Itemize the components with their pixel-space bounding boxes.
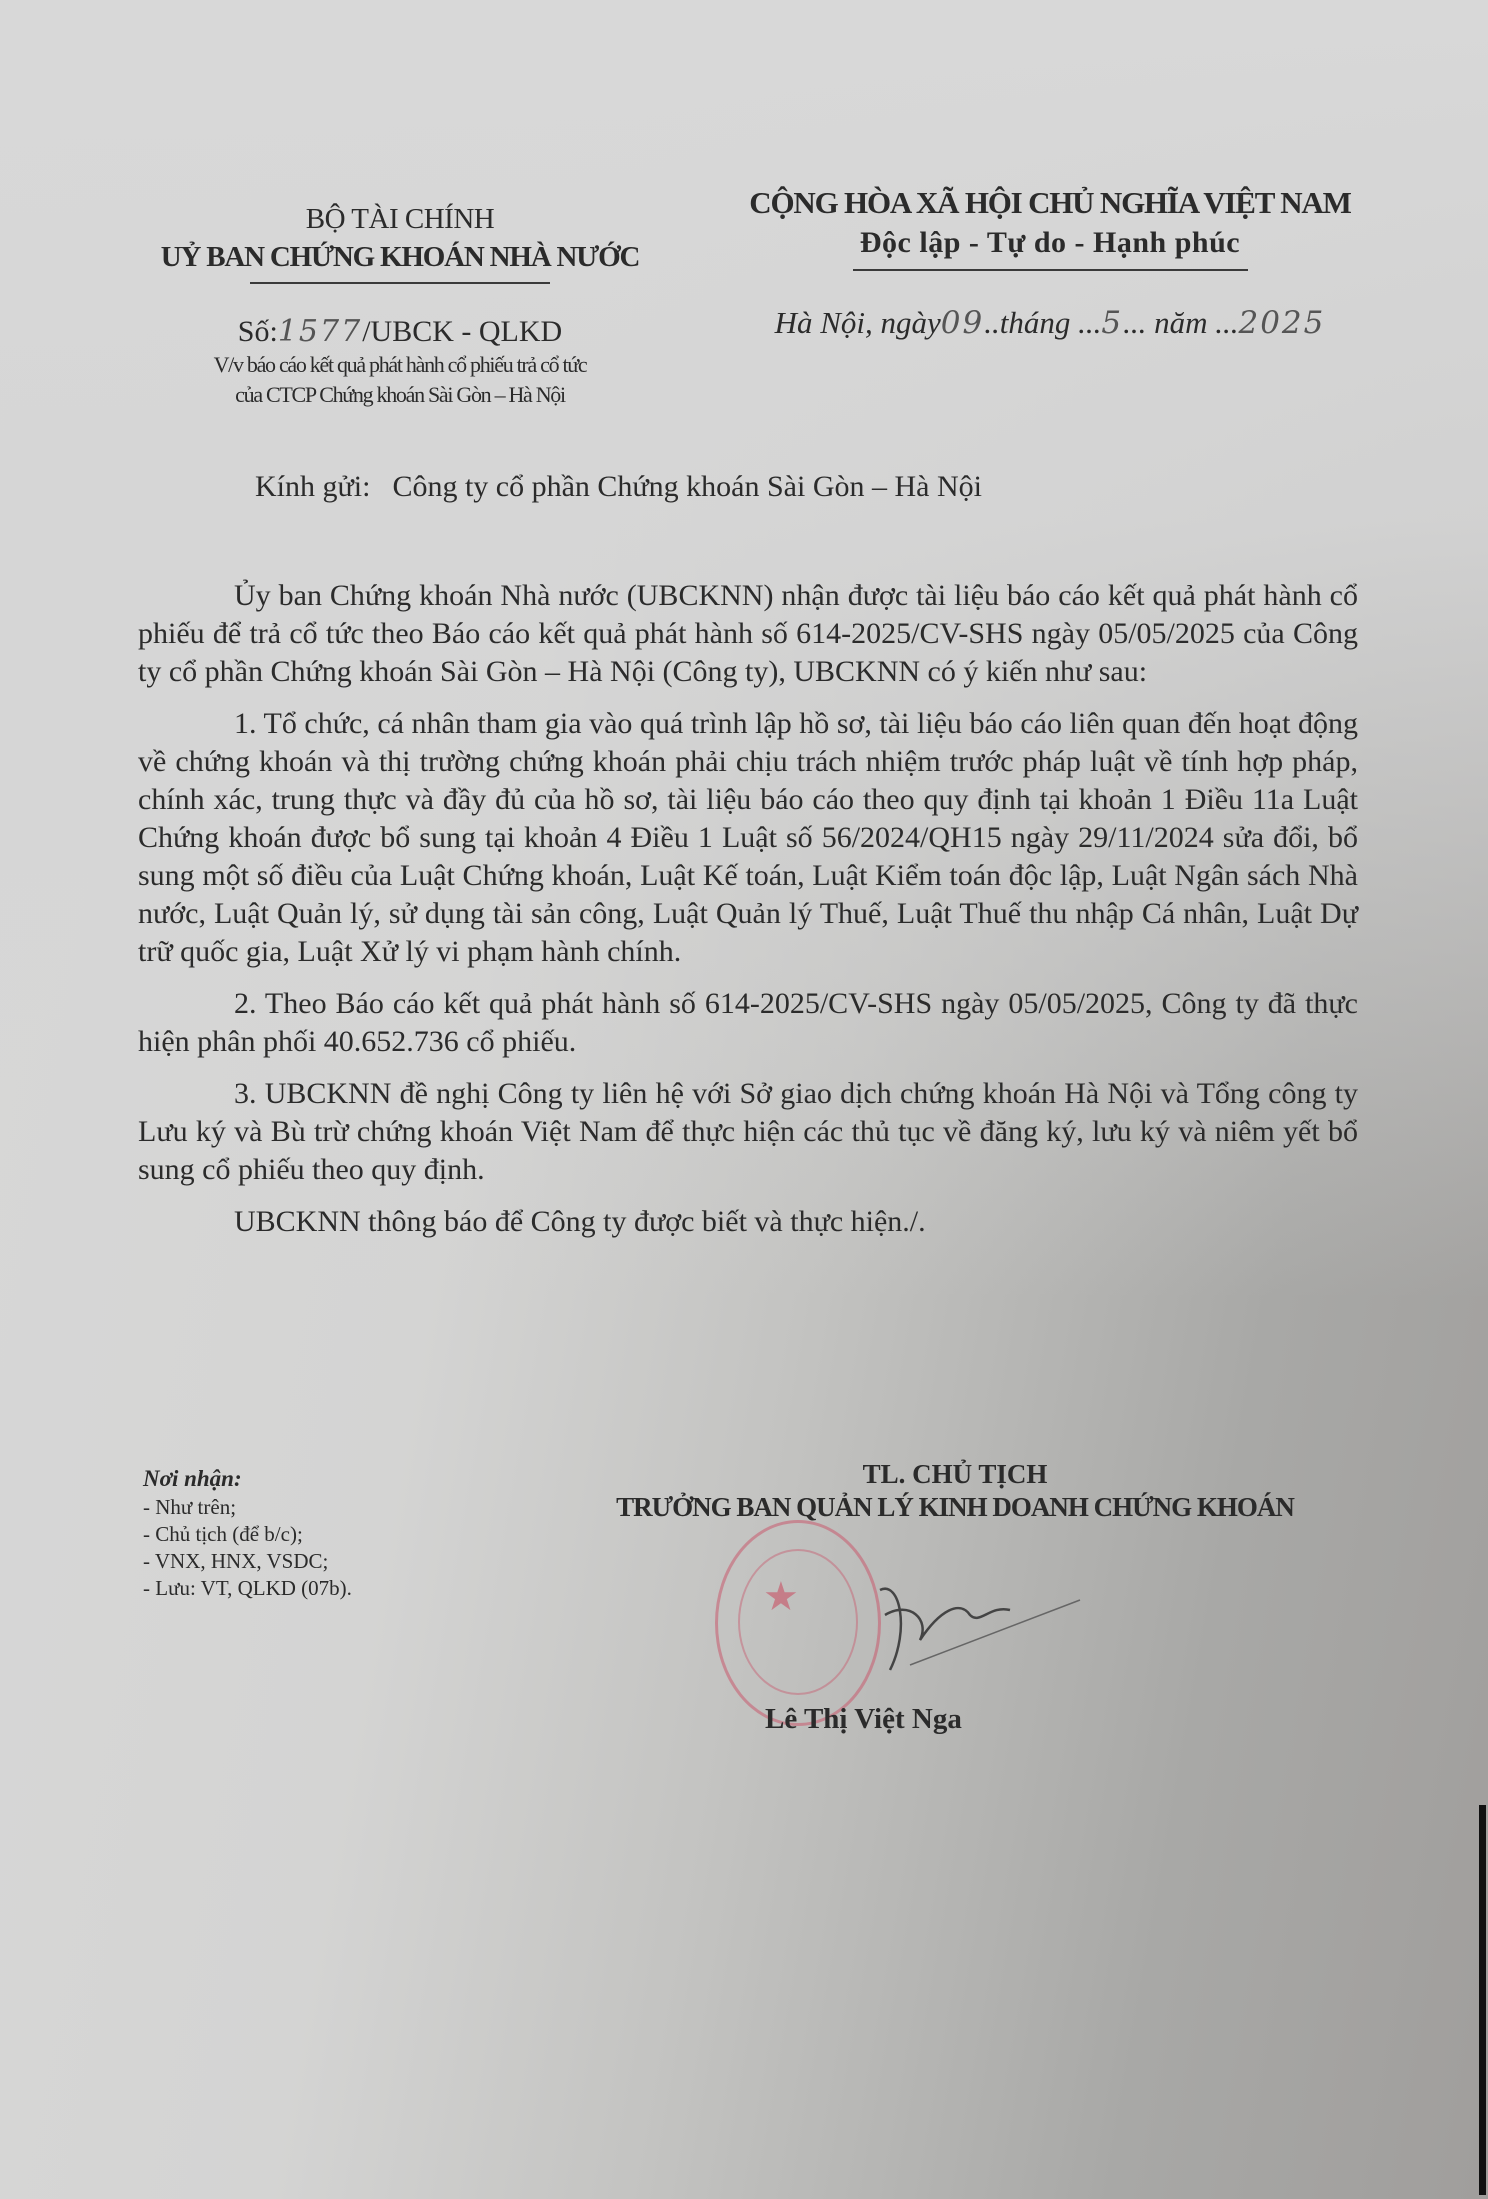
doc-number-prefix: Số: — [238, 315, 278, 348]
distribution-item: - Chủ tịch (để b/c); — [143, 1521, 352, 1548]
header-divider — [250, 282, 550, 284]
doc-number-suffix: /UBCK - QLKD — [362, 315, 562, 348]
ministry-name: BỘ TÀI CHÍNH — [110, 200, 690, 238]
subject-line-2: của CTCP Chứng khoán Sài Gòn – Hà Nội — [110, 380, 690, 410]
document-page: BỘ TÀI CHÍNH UỶ BAN CHỨNG KHOÁN NHÀ NƯỚC… — [0, 0, 1488, 2199]
distribution-item: - VNX, HNX, VSDC; — [143, 1548, 352, 1575]
document-number: Số:1577/UBCK - QLKD — [110, 314, 690, 350]
on-behalf-title: TL. CHỦ TỊCH — [525, 1458, 1385, 1490]
distribution-item: - Lưu: VT, QLKD (07b). — [143, 1575, 352, 1602]
doc-number-handwritten: 1577 — [278, 314, 362, 349]
signer-name: Lê Thị Việt Nga — [765, 1703, 962, 1736]
signature-block: TL. CHỦ TỊCH TRƯỞNG BAN QUẢN LÝ KINH DOA… — [525, 1458, 1385, 1524]
star-icon: ★ — [763, 1573, 799, 1620]
date-year: 2025 — [1238, 305, 1325, 341]
item-2-paragraph: 2. Theo Báo cáo kết quả phát hành số 614… — [138, 985, 1358, 1061]
date-place: Hà Nội, ngày — [775, 305, 941, 340]
distribution-item: - Như trên; — [143, 1494, 352, 1521]
distribution-title: Nơi nhận: — [143, 1465, 352, 1492]
handwritten-signature — [870, 1570, 1100, 1680]
nation-title: CỘNG HÒA XÃ HỘI CHỦ NGHĨA VIỆT NAM — [705, 183, 1395, 223]
official-seal: ★ — [715, 1520, 881, 1726]
national-motto: Độc lập - Tự do - Hạnh phúc — [705, 223, 1395, 263]
motto-underline — [853, 269, 1248, 271]
committee-name: UỶ BAN CHỨNG KHOÁN NHÀ NƯỚC — [110, 238, 690, 276]
intro-paragraph: Ủy ban Chứng khoán Nhà nước (UBCKNN) nhậ… — [138, 577, 1358, 691]
issuer-header: BỘ TÀI CHÍNH UỶ BAN CHỨNG KHOÁN NHÀ NƯỚC… — [110, 200, 690, 410]
date-day: 09 — [941, 305, 984, 341]
date-month-label: tháng — [1000, 305, 1071, 340]
seal-emblem — [738, 1549, 858, 1695]
date-month: 5 — [1101, 305, 1123, 341]
addressee-label: Kính gửi: — [255, 470, 370, 503]
issue-date: Hà Nội, ngày09..tháng ...5... năm ...202… — [705, 303, 1395, 343]
item-1-paragraph: 1. Tổ chức, cá nhân tham gia vào quá trì… — [138, 705, 1358, 971]
closing-paragraph: UBCKNN thông báo để Công ty được biết và… — [138, 1203, 1358, 1241]
subject-line-1: V/v báo cáo kết quả phát hành cổ phiếu t… — [110, 350, 690, 380]
signer-position: TRƯỞNG BAN QUẢN LÝ KINH DOANH CHỨNG KHOÁ… — [525, 1490, 1385, 1524]
letter-body: Ủy ban Chứng khoán Nhà nước (UBCKNN) nhậ… — [138, 577, 1358, 1241]
page-edge-shadow — [1479, 1805, 1486, 2195]
national-header: CỘNG HÒA XÃ HỘI CHỦ NGHĨA VIỆT NAM Độc l… — [705, 183, 1395, 343]
distribution-list: Nơi nhận: - Như trên; - Chủ tịch (để b/c… — [143, 1465, 352, 1602]
date-year-label: năm — [1154, 305, 1207, 340]
addressee: Kính gửi:Công ty cổ phần Chứng khoán Sài… — [255, 470, 982, 504]
item-3-paragraph: 3. UBCKNN đề nghị Công ty liên hệ với Sở… — [138, 1075, 1358, 1189]
addressee-name: Công ty cổ phần Chứng khoán Sài Gòn – Hà… — [392, 470, 982, 503]
